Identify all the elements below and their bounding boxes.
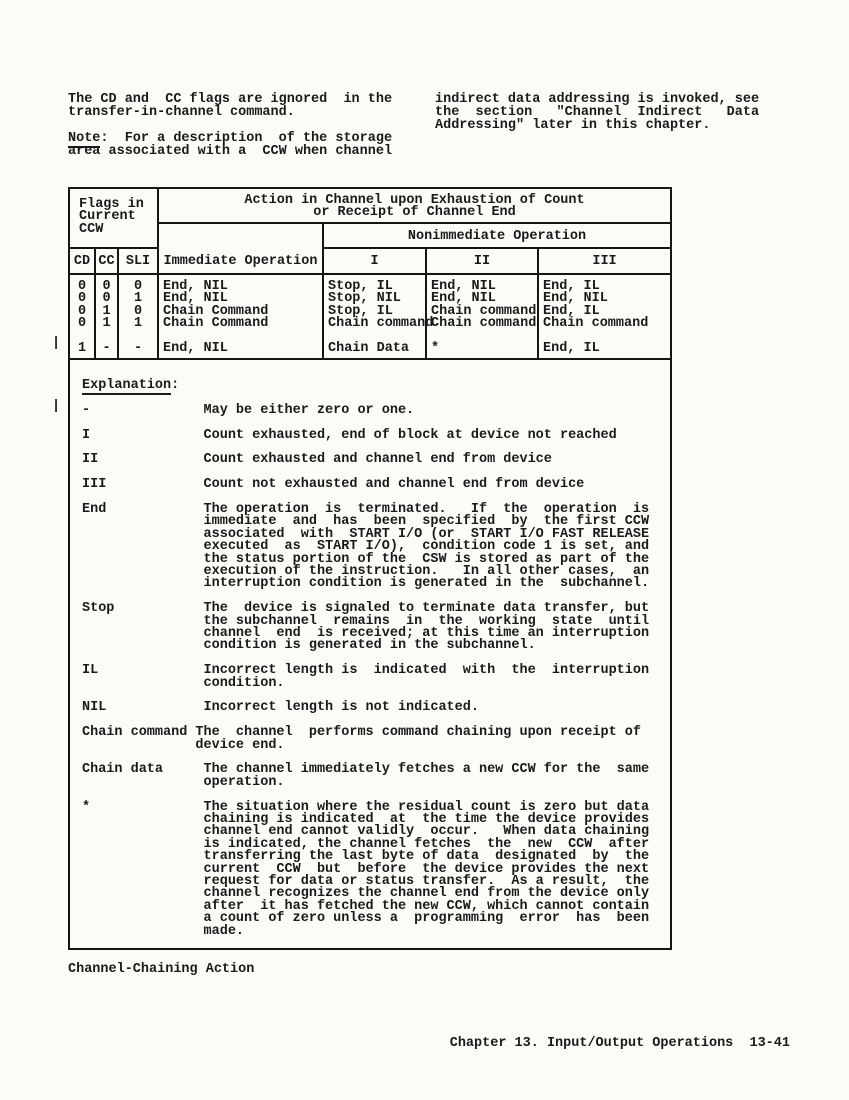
- data-column-sli: 0101-: [119, 275, 159, 360]
- col-header-cc: CC: [96, 249, 119, 275]
- explanation-term-line: I Count exhausted, end of block at devic…: [82, 430, 658, 442]
- document-page: The CD and CC flags are ignored in the t…: [0, 0, 849, 1100]
- explanation-term-line: III Count not exhausted and channel end …: [82, 479, 658, 491]
- table-cell-line: End, NIL: [163, 343, 322, 355]
- flags-header-line: CCW: [79, 224, 157, 236]
- intro-left-column: The CD and CC flags are ignored in the t…: [68, 93, 392, 158]
- col-header-i: I: [324, 249, 427, 275]
- chaining-table: Flags in Current CCW Action in Channel u…: [70, 189, 670, 360]
- explanation-line: operation.: [82, 777, 658, 789]
- explanation-section: Explanation: - May be either zero or one…: [70, 360, 670, 948]
- col-header-ii: II: [427, 249, 539, 275]
- explanation-line: condition is generated in the subchannel…: [82, 640, 658, 652]
- data-column-cc: 0011-: [96, 275, 119, 360]
- table-cell-line: Chain command: [543, 318, 670, 330]
- explanation-entry: End The operation is terminated. If the …: [82, 504, 658, 591]
- table-cell-line: [431, 331, 537, 343]
- explanation-entry: NIL Incorrect length is not indicated.: [82, 702, 658, 714]
- explanation-entry: Stop The device is signaled to terminate…: [82, 603, 658, 653]
- change-bar: |: [52, 400, 60, 414]
- explanation-entry: III Count not exhausted and channel end …: [82, 479, 658, 491]
- table-cell-line: -: [96, 343, 117, 355]
- table-cell-line: End, IL: [543, 343, 670, 355]
- explanation-term-line: - May be either zero or one.: [82, 405, 658, 417]
- paragraph-line: Addressing" later in this chapter.: [435, 119, 759, 132]
- page-footer: Chapter 13. Input/Output Operations 13-4…: [450, 1036, 790, 1051]
- col-header-sli: SLI: [119, 249, 159, 275]
- immediate-operation-header-cell: Immediate Operation: [159, 224, 324, 275]
- explanation-line: made.: [82, 926, 658, 938]
- explanation-entry: - May be either zero or one.: [82, 405, 658, 417]
- explanation-term-line: II Count exhausted and channel end from …: [82, 454, 658, 466]
- action-header-line: or Receipt of Channel End: [159, 207, 670, 219]
- explanation-title-word: Explanation: [82, 378, 171, 395]
- table-cell-line: 1: [70, 343, 94, 355]
- explanation-entry: II Count exhausted and channel end from …: [82, 454, 658, 466]
- explanation-line: interruption condition is generated in t…: [82, 578, 658, 590]
- data-column-immediate: End, NILEnd, NILChain CommandChain Comma…: [159, 275, 324, 360]
- flags-header-cell: Flags in Current CCW: [70, 189, 159, 249]
- action-header-cell: Action in Channel upon Exhaustion of Cou…: [159, 189, 670, 224]
- explanation-line: device end.: [82, 740, 658, 752]
- intro-right-column: indirect data addressing is invoked, see…: [435, 93, 759, 132]
- col-header-cd: CD: [70, 249, 96, 275]
- explanation-entries: - May be either zero or one.I Count exha…: [82, 405, 658, 938]
- explanation-term-line: NIL Incorrect length is not indicated.: [82, 702, 658, 714]
- explanation-entry: Chain command The channel performs comma…: [82, 727, 658, 752]
- table-cell-line: Chain Command: [163, 318, 322, 330]
- note-paragraph: Note: For a description of the storage a…: [68, 132, 392, 158]
- data-column-i: Stop, ILStop, NILStop, ILChain commandCh…: [324, 275, 427, 360]
- explanation-line: condition.: [82, 678, 658, 690]
- immediate-operation-label: Immediate Operation: [164, 256, 318, 268]
- table-cell-line: Chain Data: [328, 343, 425, 355]
- note-line: area associated with a CCW when channel: [68, 145, 392, 158]
- table-cell-line: Chain command: [328, 318, 425, 330]
- table-cell-line: *: [431, 343, 537, 355]
- table-cell-line: 1: [119, 318, 157, 330]
- explanation-entry: I Count exhausted, end of block at devic…: [82, 430, 658, 442]
- data-column-ii: End, NILEnd, NILChain commandChain comma…: [427, 275, 539, 360]
- nonimmediate-operation-header-cell: Nonimmediate Operation: [324, 224, 670, 249]
- channel-chaining-figure: Flags in Current CCW Action in Channel u…: [68, 187, 672, 950]
- col-header-iii: III: [539, 249, 670, 275]
- explanation-entry: IL Incorrect length is indicated with th…: [82, 665, 658, 690]
- paragraph-line: transfer-in-channel command.: [68, 106, 392, 119]
- table-cell-line: 0: [70, 318, 94, 330]
- explanation-entry: Chain data The channel immediately fetch…: [82, 764, 658, 789]
- explanation-title-colon: :: [171, 378, 179, 393]
- table-cell-line: 1: [96, 318, 117, 330]
- figure-caption: Channel-Chaining Action: [68, 962, 254, 977]
- table-cell-line: -: [119, 343, 157, 355]
- table-cell-line: Chain command: [431, 318, 537, 330]
- data-column-cd: 00001: [70, 275, 96, 360]
- explanation-entry: * The situation where the residual count…: [82, 802, 658, 938]
- explanation-title: Explanation:: [82, 380, 658, 392]
- change-bar: |: [52, 337, 60, 351]
- data-column-iii: End, ILEnd, NILEnd, ILChain commandEnd, …: [539, 275, 670, 360]
